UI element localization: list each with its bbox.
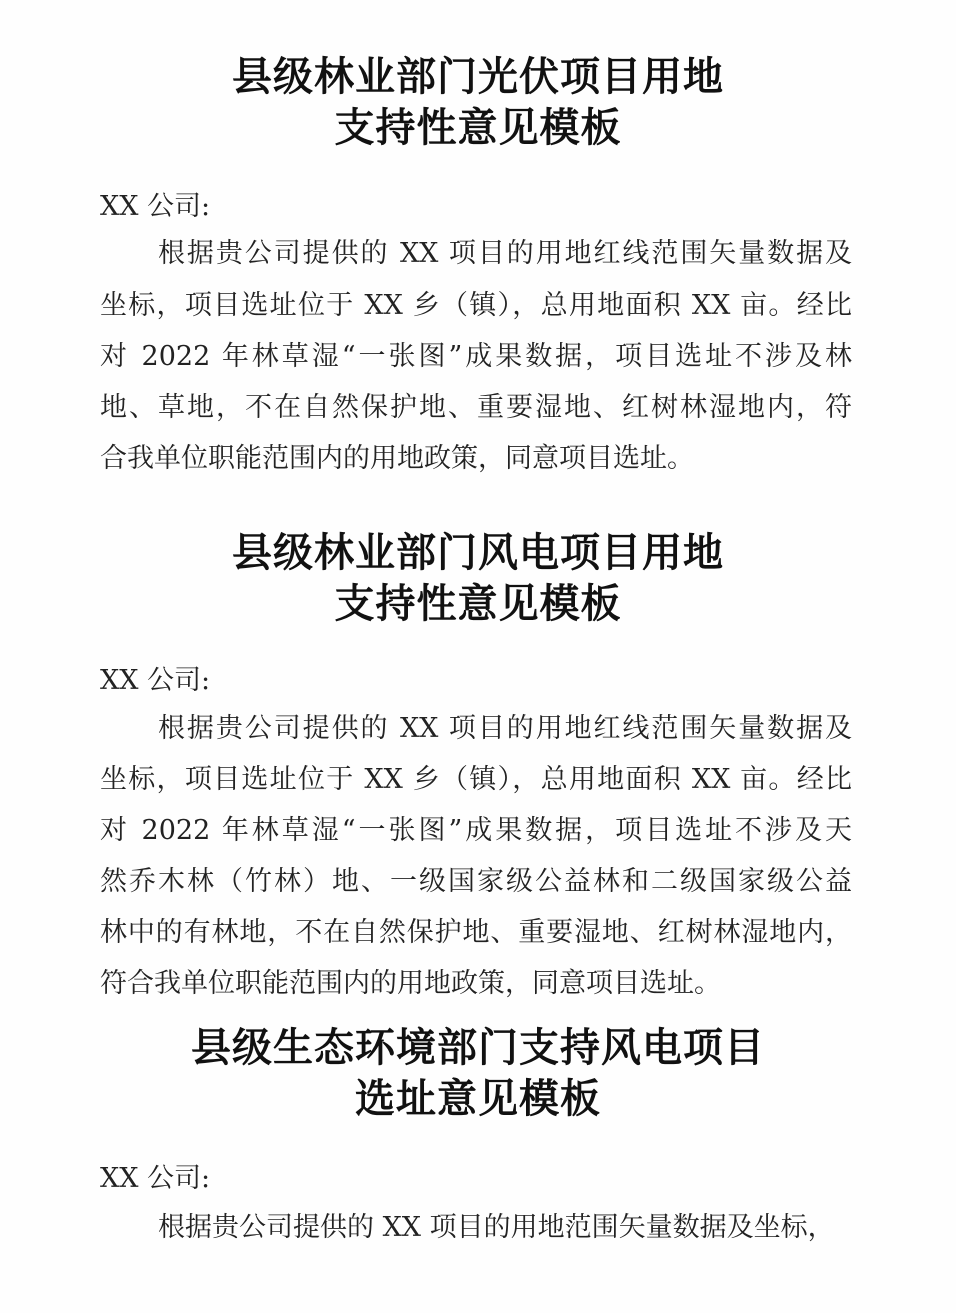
section-3-salutation: XX 公司: — [100, 1162, 210, 1196]
section-1-salutation: XX 公司: — [100, 190, 210, 224]
section-1-title-line-2: 支持性意见模板 — [0, 104, 956, 152]
document-page: 县级林业部门光伏项目用地 支持性意见模板 XX 公司: 根据贵公司提供的 XX … — [0, 0, 956, 1313]
section-3-title-line-1: 县级生态环境部门支持风电项目 — [0, 1024, 956, 1072]
section-1-body-line: 地、草地，不在自然保护地、重要湿地、红树林湿地内，符 — [100, 391, 852, 425]
section-2-title-line-2: 支持性意见模板 — [0, 580, 956, 628]
section-2-body-line: 林中的有林地，不在自然保护地、重要湿地、红树林湿地内， — [100, 916, 852, 950]
section-1-body-line: 合我单位职能范围内的用地政策，同意项目选址。 — [100, 442, 852, 476]
section-2-body-line: 坐标，项目选址位于 XX 乡（镇），总用地面积 XX 亩。经比 — [100, 763, 852, 797]
section-1-body-line: 对 2022 年林草湿“一张图”成果数据，项目选址不涉及林 — [100, 340, 852, 374]
section-2-body-line: 对 2022 年林草湿“一张图”成果数据，项目选址不涉及天 — [100, 814, 852, 848]
section-2-body-line: 根据贵公司提供的 XX 项目的用地红线范围矢量数据及 — [158, 712, 852, 746]
section-3-body-line: 根据贵公司提供的 XX 项目的用地范围矢量数据及坐标， — [158, 1211, 852, 1245]
section-1-title-line-1: 县级林业部门光伏项目用地 — [0, 53, 956, 101]
section-3-title-line-2: 选址意见模板 — [0, 1075, 956, 1123]
section-2-body-line: 符合我单位职能范围内的用地政策，同意项目选址。 — [100, 967, 852, 1001]
section-1-body-line: 坐标，项目选址位于 XX 乡（镇），总用地面积 XX 亩。经比 — [100, 289, 852, 323]
section-1-body-line: 根据贵公司提供的 XX 项目的用地红线范围矢量数据及 — [158, 237, 852, 271]
section-2-salutation: XX 公司: — [100, 664, 210, 698]
section-2-title-line-1: 县级林业部门风电项目用地 — [0, 529, 956, 577]
section-2-body-line: 然乔木林（竹林）地、一级国家级公益林和二级国家级公益 — [100, 865, 852, 899]
